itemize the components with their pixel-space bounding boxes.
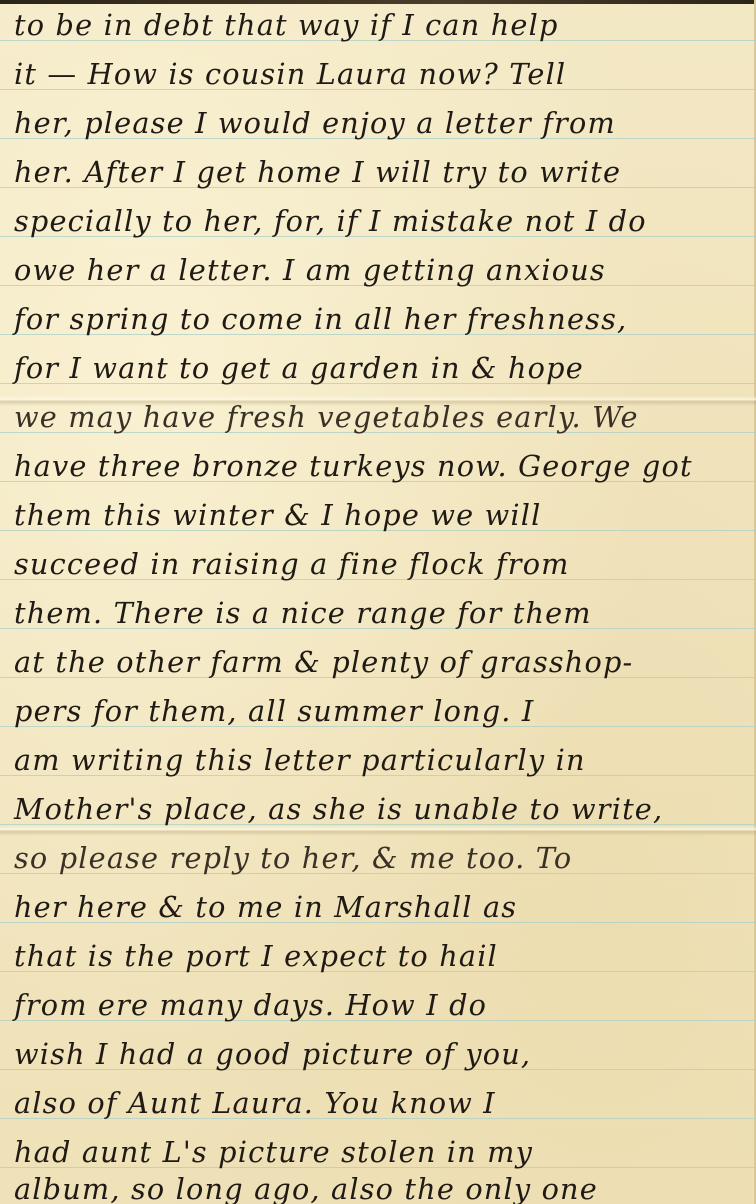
letter-line: so please reply to her, & me too. To bbox=[14, 839, 742, 877]
letter-line: succeed in raising a fine flock from bbox=[14, 545, 742, 583]
letter-line: album, so long ago, also the only one bbox=[14, 1170, 742, 1204]
letter-line: also of Aunt Laura. You know I bbox=[14, 1084, 742, 1122]
letter-line: that is the port I expect to hail bbox=[14, 937, 742, 975]
letter-line: it — How is cousin Laura now? Tell bbox=[14, 55, 742, 93]
page-top-edge bbox=[0, 0, 756, 4]
letter-line: them. There is a nice range for them bbox=[14, 594, 742, 632]
letter-line: her here & to me in Marshall as bbox=[14, 888, 742, 926]
letter-line: specially to her, for, if I mistake not … bbox=[14, 202, 742, 240]
letter-line: Mother's place, as she is unable to writ… bbox=[14, 790, 742, 828]
letter-line: her. After I get home I will try to writ… bbox=[14, 153, 742, 191]
letter-line: pers for them, all summer long. I bbox=[14, 692, 742, 730]
letter-line: had aunt L's picture stolen in my bbox=[14, 1133, 742, 1171]
letter-line: her, please I would enjoy a letter from bbox=[14, 104, 742, 142]
letter-line: wish I had a good picture of you, bbox=[14, 1035, 742, 1073]
letter-line: owe her a letter. I am getting anxious bbox=[14, 251, 742, 289]
letter-line: am writing this letter particularly in bbox=[14, 741, 742, 779]
letter-line: for I want to get a garden in & hope bbox=[14, 349, 742, 387]
letter-line: to be in debt that way if I can help bbox=[14, 6, 742, 44]
letter-line: at the other farm & plenty of grasshop- bbox=[14, 643, 742, 681]
letter-page: to be in debt that way if I can help it … bbox=[0, 0, 756, 1204]
letter-line: we may have fresh vegetables early. We bbox=[14, 398, 742, 436]
letter-line: them this winter & I hope we will bbox=[14, 496, 742, 534]
letter-line: for spring to come in all her freshness, bbox=[14, 300, 742, 338]
letter-line: from ere many days. How I do bbox=[14, 986, 742, 1024]
letter-line: have three bronze turkeys now. George go… bbox=[14, 447, 742, 485]
